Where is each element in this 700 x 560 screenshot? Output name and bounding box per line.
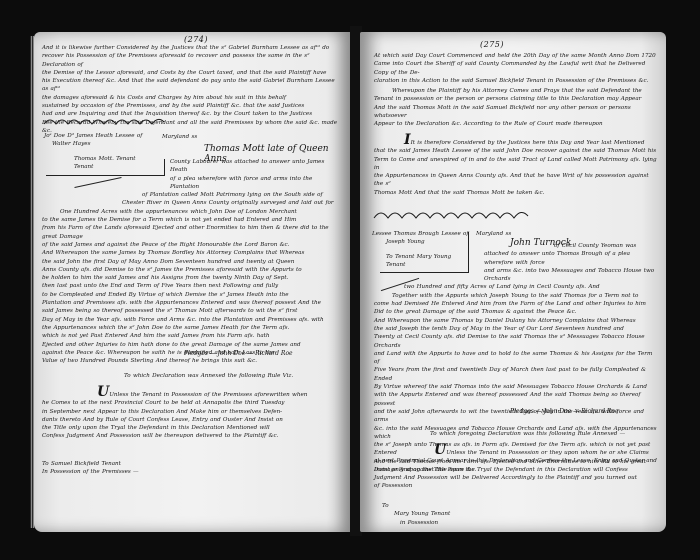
text-line: of Possession [374, 482, 659, 490]
page-number: (274) [184, 35, 208, 44]
left-page: (274) And it is likewise further Conside… [34, 32, 352, 532]
text-line: with the Appurts Entered and was thereof… [374, 391, 659, 408]
text-line: the said Joseph the tenth Day of May in … [374, 325, 659, 333]
rule-intro: To which Declaration was Annexed the fol… [124, 372, 293, 380]
text-line: Judgment And Possession will be Delivere… [374, 474, 659, 482]
text-line: Value of two Hundred Pounds Sterling And… [42, 357, 342, 365]
text-line: Term to Come and unexpired of in and to … [374, 156, 659, 173]
addressee-line: In Possession of the Premisses — [42, 468, 139, 476]
text-line: Tenant in possession or the person or pe… [374, 95, 659, 103]
text-line: be holden to him the said James and his … [42, 274, 342, 282]
text-line: the Title only upon the Tryal the Defend… [42, 424, 342, 432]
text-line: and Land with the Appurts to have and to… [374, 350, 659, 367]
text-line: And Whereupon the same Thomas by Daniel … [374, 317, 659, 325]
text-line: and arms &c. into two Messuages and Toba… [374, 267, 659, 284]
text-line: that the said James Heath Lessee of the … [374, 147, 659, 155]
pledges-line: Pledges — John Doe — Richard Roe [510, 408, 619, 415]
text-line: One Hundred Acres with the appurtenances… [42, 208, 342, 216]
declaration-body: County Labourer was attached to answer u… [42, 158, 342, 365]
text-line: At which said Day Court Commenced and he… [374, 52, 659, 60]
text-line: in September next Appear to this Declara… [42, 408, 342, 416]
caption-line: Walter Hayes [44, 140, 184, 148]
text-line: Day of May in the Year afs. with Force a… [42, 316, 342, 324]
text-line: Plantation and Premisses afs. with the A… [42, 299, 342, 307]
text-line: Ejected and other Injuries to him hath d… [42, 341, 342, 349]
opening-paragraph: At which said Day Court Commenced and he… [374, 52, 659, 129]
rule-notice: UUnless the Tenant in Possession of the … [42, 388, 342, 441]
text-line: of Plantation called Mott Patrimony lyin… [42, 191, 342, 199]
right-page: (275) At which said Day Court Commenced … [360, 32, 666, 532]
addressee-line: To [382, 502, 450, 510]
text-line: to the same James the Demise for a Term … [42, 216, 342, 224]
text-line: Twenty at Cecil County afs. did Demise t… [374, 333, 659, 350]
judgment-paragraph: IIt is therefore Considered by the Justi… [374, 136, 659, 197]
page-number: (275) [480, 40, 504, 49]
text-line: Chester River in Queen Anns County origi… [42, 199, 342, 207]
text-line: Did to the great Damage of the said Thom… [374, 308, 659, 316]
text-line: By Virtue whereof the said Thomas into t… [374, 383, 659, 391]
text-line: Unless the Tenant in Possession of the P… [109, 392, 307, 398]
text-line: claration in this Action to the said Sam… [374, 77, 659, 85]
ledger-spread: (274) And it is likewise further Conside… [24, 26, 676, 536]
document-viewer: (274) And it is likewise further Conside… [0, 0, 700, 560]
text-line: County Labourer was attached to answer u… [42, 158, 342, 175]
text-line: Anns County afs. did Demise to the sᵈ Ja… [42, 266, 342, 274]
text-line: come had Demised He Entered And him from… [374, 300, 659, 308]
addressee-block: To Samuel Bickfield Tenant In Possession… [42, 460, 139, 477]
scroll-flourish-icon [372, 206, 542, 224]
venue: Maryland ss [162, 133, 197, 141]
addressee-line: in Possession [382, 519, 450, 527]
declaration-body: of Cecil County Yeoman was attached to a… [374, 242, 659, 474]
rule-intro: To which foregoing Declaration was this … [430, 430, 625, 438]
text-line: Whereupon the Plaintiff by his Attorney … [374, 87, 659, 95]
scroll-flourish-icon [42, 114, 172, 130]
addressee-block: To Mary Young Tenant in Possession [382, 502, 450, 527]
text-line: Insist only upon the Title upon the Trya… [374, 466, 659, 474]
text-line: Five Years from the first and twentieth … [374, 366, 659, 383]
text-line: And Whereupon the same James by Thomas B… [42, 249, 342, 257]
rule-initial: U [97, 384, 109, 400]
text-line: Came into Court the Sheriff of said Coun… [374, 60, 659, 77]
text-line: And the said Thomas Mott in the said Sam… [374, 104, 659, 121]
text-line: of a plea wherefore with force and arms … [42, 175, 342, 192]
text-line: sustained by occasion of the Premisses, … [42, 102, 342, 110]
addressee-line: To Samuel Bickfield Tenant [42, 460, 139, 468]
text-line: the Appurtenances which the sᵈ John Doe … [42, 324, 342, 332]
text-line: his Execution thereof &c. And that the s… [42, 77, 342, 94]
text-line: he Comes to at the next Provincial Court… [42, 399, 342, 407]
text-line: Thomas Mott And that the said Thomas Mot… [374, 189, 659, 197]
text-line: attached to answer unto Thomas Brough of… [374, 250, 659, 267]
text-line: two Hundred and fifty Acres of Land lyin… [374, 283, 659, 291]
text-line: Confess Judgment And Possession will be … [42, 432, 342, 440]
text-line: Together with the Appurts which Joseph Y… [374, 292, 659, 300]
text-line: dants thereto And by Rule of Court Confe… [42, 416, 342, 424]
text-line: It is therefore Considered by the Justic… [411, 140, 645, 146]
text-line: from his Farm of the Lands aforesaid Eje… [42, 224, 342, 241]
text-line: recover his Possession of the Premisses … [42, 52, 342, 69]
rule-initial: U [434, 442, 446, 458]
text-line: Unless the Tenant in Possession or they … [446, 450, 649, 456]
text-line: the damages aforesaid & his Costs and Ch… [42, 94, 342, 102]
text-line: of Cecil County Yeoman was [374, 242, 659, 250]
text-line: the said John the first Day of May Anno … [42, 258, 342, 266]
addressee-line: Mary Young Tenant [382, 510, 450, 518]
text-line: Appear to the Declaration &c. According … [374, 120, 659, 128]
pledges-line: Pledges — John Doe — Richard Roe [184, 350, 293, 357]
text-line: to be Compleated and Ended By Virtue of … [42, 291, 342, 299]
text-line: the Appurtenances in Queen Anns County a… [374, 172, 659, 189]
text-line: said James being so thereof possessed th… [42, 307, 342, 315]
rule-notice: UUnless the Tenant in Possession or they… [374, 446, 659, 490]
text-line: then last past unto the End and Term of … [42, 282, 342, 290]
venue: Maryland ss [476, 230, 511, 238]
text-line: And it is likewise further Considered by… [42, 44, 342, 52]
text-line: at next Provincial Court Appear to this … [374, 457, 659, 465]
text-line: the Demise of the Lessor aforesaid, and … [42, 69, 342, 77]
text-line: of the said James and against the Peace … [42, 241, 342, 249]
text-line: which is not yet Past Entered And him th… [42, 332, 342, 340]
